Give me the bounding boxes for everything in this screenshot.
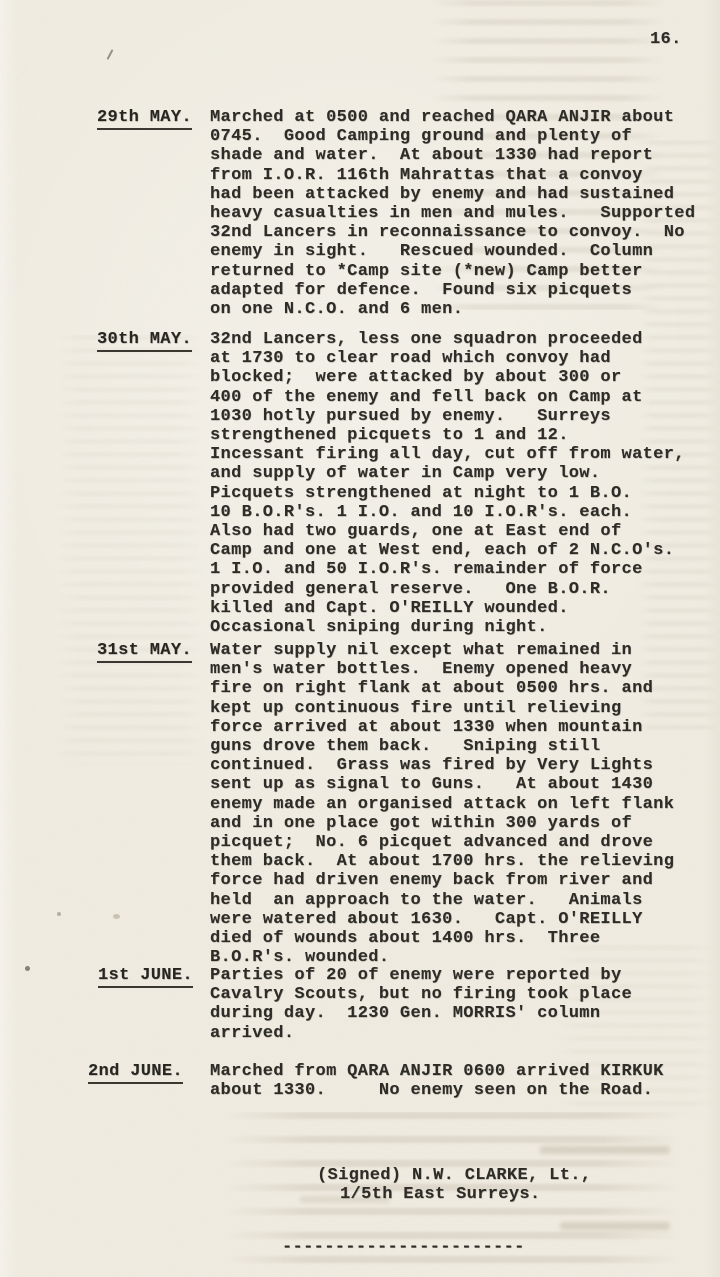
page-number: 16. <box>650 30 682 49</box>
entry-body: Marched from QARA ANJIR 0600 arrived KIR… <box>210 1062 664 1100</box>
ink-speck <box>113 914 120 919</box>
entry-text-line: fire on right flank at about 0500 hrs. a… <box>210 679 674 698</box>
entry-text-line: strengthened picquets to 1 and 12. <box>210 426 685 445</box>
entry-body: Marched at 0500 and reached QARA ANJIR a… <box>210 108 695 319</box>
signature-line-2: 1/5th East Surreys. <box>340 1185 540 1204</box>
entry-text-line: Also had two guards, one at East end of <box>210 522 685 541</box>
entry-text-line: at 1730 to clear road which convoy had <box>210 349 685 368</box>
entry-text-line: and supply of water in Camp very low. <box>210 464 685 483</box>
entry-date: 1st JUNE. <box>98 966 193 988</box>
entry-text-line: Parties of 20 of enemy were reported by <box>210 966 632 985</box>
entry-body: Water supply nil except what remained in… <box>210 641 674 967</box>
entry-body: Parties of 20 of enemy were reported byC… <box>210 966 632 1043</box>
entry-date: 29th MAY. <box>97 108 192 130</box>
entry-date: 31st MAY. <box>97 641 192 663</box>
entry-text-line: killed and Capt. O'REILLY wounded. <box>210 599 685 618</box>
entry-text-line: force arrived at about 1330 when mountai… <box>210 718 674 737</box>
entry-text-line: arrived. <box>210 1024 632 1043</box>
entry-text-line: shade and water. At about 1330 had repor… <box>210 146 695 165</box>
entry-text-line: during day. 1230 Gen. MORRIS' column <box>210 1004 632 1023</box>
entry-text-line: Cavalry Scouts, but no firing took place <box>210 985 632 1004</box>
scanned-document-page: 16. 29th MAY. Marched at 0500 and reache… <box>0 0 720 1277</box>
entry-text-line: 1030 hotly pursued by enemy. Surreys <box>210 407 685 426</box>
entry-text-line: picquet; No. 6 picquet advanced and drov… <box>210 833 674 852</box>
entry-text-line: 0745. Good Camping ground and plenty of <box>210 127 695 146</box>
entry-text-line: men's water bottles. Enemy opened heavy <box>210 660 674 679</box>
ink-smudge <box>560 1222 670 1230</box>
end-divider: ----------------------- <box>282 1238 525 1257</box>
bleedthrough-texture <box>55 335 205 765</box>
entry-text-line: 400 of the enemy and fell back on Camp a… <box>210 388 685 407</box>
entry-text-line: were watered about 1630. Capt. O'REILLY <box>210 910 674 929</box>
entry-text-line: died of wounds about 1400 hrs. Three <box>210 929 674 948</box>
entry-text-line: Incessant firing all day, cut off from w… <box>210 445 685 464</box>
entry-text-line: returned to *Camp site (*new) Camp bette… <box>210 262 695 281</box>
entry-text-line: continued. Grass was fired by Very Light… <box>210 756 674 775</box>
entry-text-line: Marched from QARA ANJIR 0600 arrived KIR… <box>210 1062 664 1081</box>
entry-text-line: on one N.C.O. and 6 men. <box>210 300 695 319</box>
entry-text-line: Marched at 0500 and reached QARA ANJIR a… <box>210 108 695 127</box>
entry-text-line: blocked; were attacked by about 300 or <box>210 368 685 387</box>
entry-text-line: enemy made an organised attack on left f… <box>210 795 674 814</box>
ink-speck <box>25 966 30 971</box>
entry-text-line: them back. At about 1700 hrs. the reliev… <box>210 852 674 871</box>
entry-text-line: 32nd Lancers, less one squadron proceede… <box>210 330 685 349</box>
entry-text-line: and in one place got within 300 yards of <box>210 814 674 833</box>
entry-text-line: had been attacked by enemy and had susta… <box>210 185 695 204</box>
ink-speck <box>57 912 61 916</box>
entry-text-line: kept up continuous fire until relieving <box>210 699 674 718</box>
entry-text-line: about 1330. No enemy seen on the Road. <box>210 1081 664 1100</box>
entry-text-line: B.O.R's. wounded. <box>210 948 674 967</box>
entry-text-line: enemy in sight. Rescued wounded. Column <box>210 242 695 261</box>
entry-text-line: held an approach to the water. Animals <box>210 891 674 910</box>
entry-text-line: force had driven enemy back from river a… <box>210 871 674 890</box>
entry-text-line: provided general reserve. One B.O.R. <box>210 580 685 599</box>
entry-text-line: Picquets strengthened at night to 1 B.O. <box>210 484 685 503</box>
entry-text-line: heavy casualties in men and mules. Suppo… <box>210 204 695 223</box>
entry-text-line: sent up as signal to Guns. At about 1430 <box>210 775 674 794</box>
entry-text-line: from I.O.R. 116th Mahrattas that a convo… <box>210 166 695 185</box>
entry-text-line: Water supply nil except what remained in <box>210 641 674 660</box>
signature-line-1: (Signed) N.W. CLARKE, Lt., <box>317 1166 591 1185</box>
entry-text-line: 32nd Lancers in reconnaissance to convoy… <box>210 223 695 242</box>
entry-text-line: Camp and one at West end, each of 2 N.C.… <box>210 541 685 560</box>
entry-text-line: 1 I.O. and 50 I.O.R's. remainder of forc… <box>210 560 685 579</box>
entry-text-line: adapted for defence. Found six picquets <box>210 281 695 300</box>
entry-text-line: guns drove them back. Sniping still <box>210 737 674 756</box>
entry-date: 2nd JUNE. <box>88 1062 183 1084</box>
entry-date: 30th MAY. <box>97 330 192 352</box>
entry-body: 32nd Lancers, less one squadron proceede… <box>210 330 685 637</box>
ink-smudge <box>540 1146 670 1154</box>
entry-text-line: Occasional sniping during night. <box>210 618 685 637</box>
entry-text-line: 10 B.O.R's. 1 I.O. and 10 I.O.R's. each. <box>210 503 685 522</box>
pen-mark <box>107 49 114 60</box>
